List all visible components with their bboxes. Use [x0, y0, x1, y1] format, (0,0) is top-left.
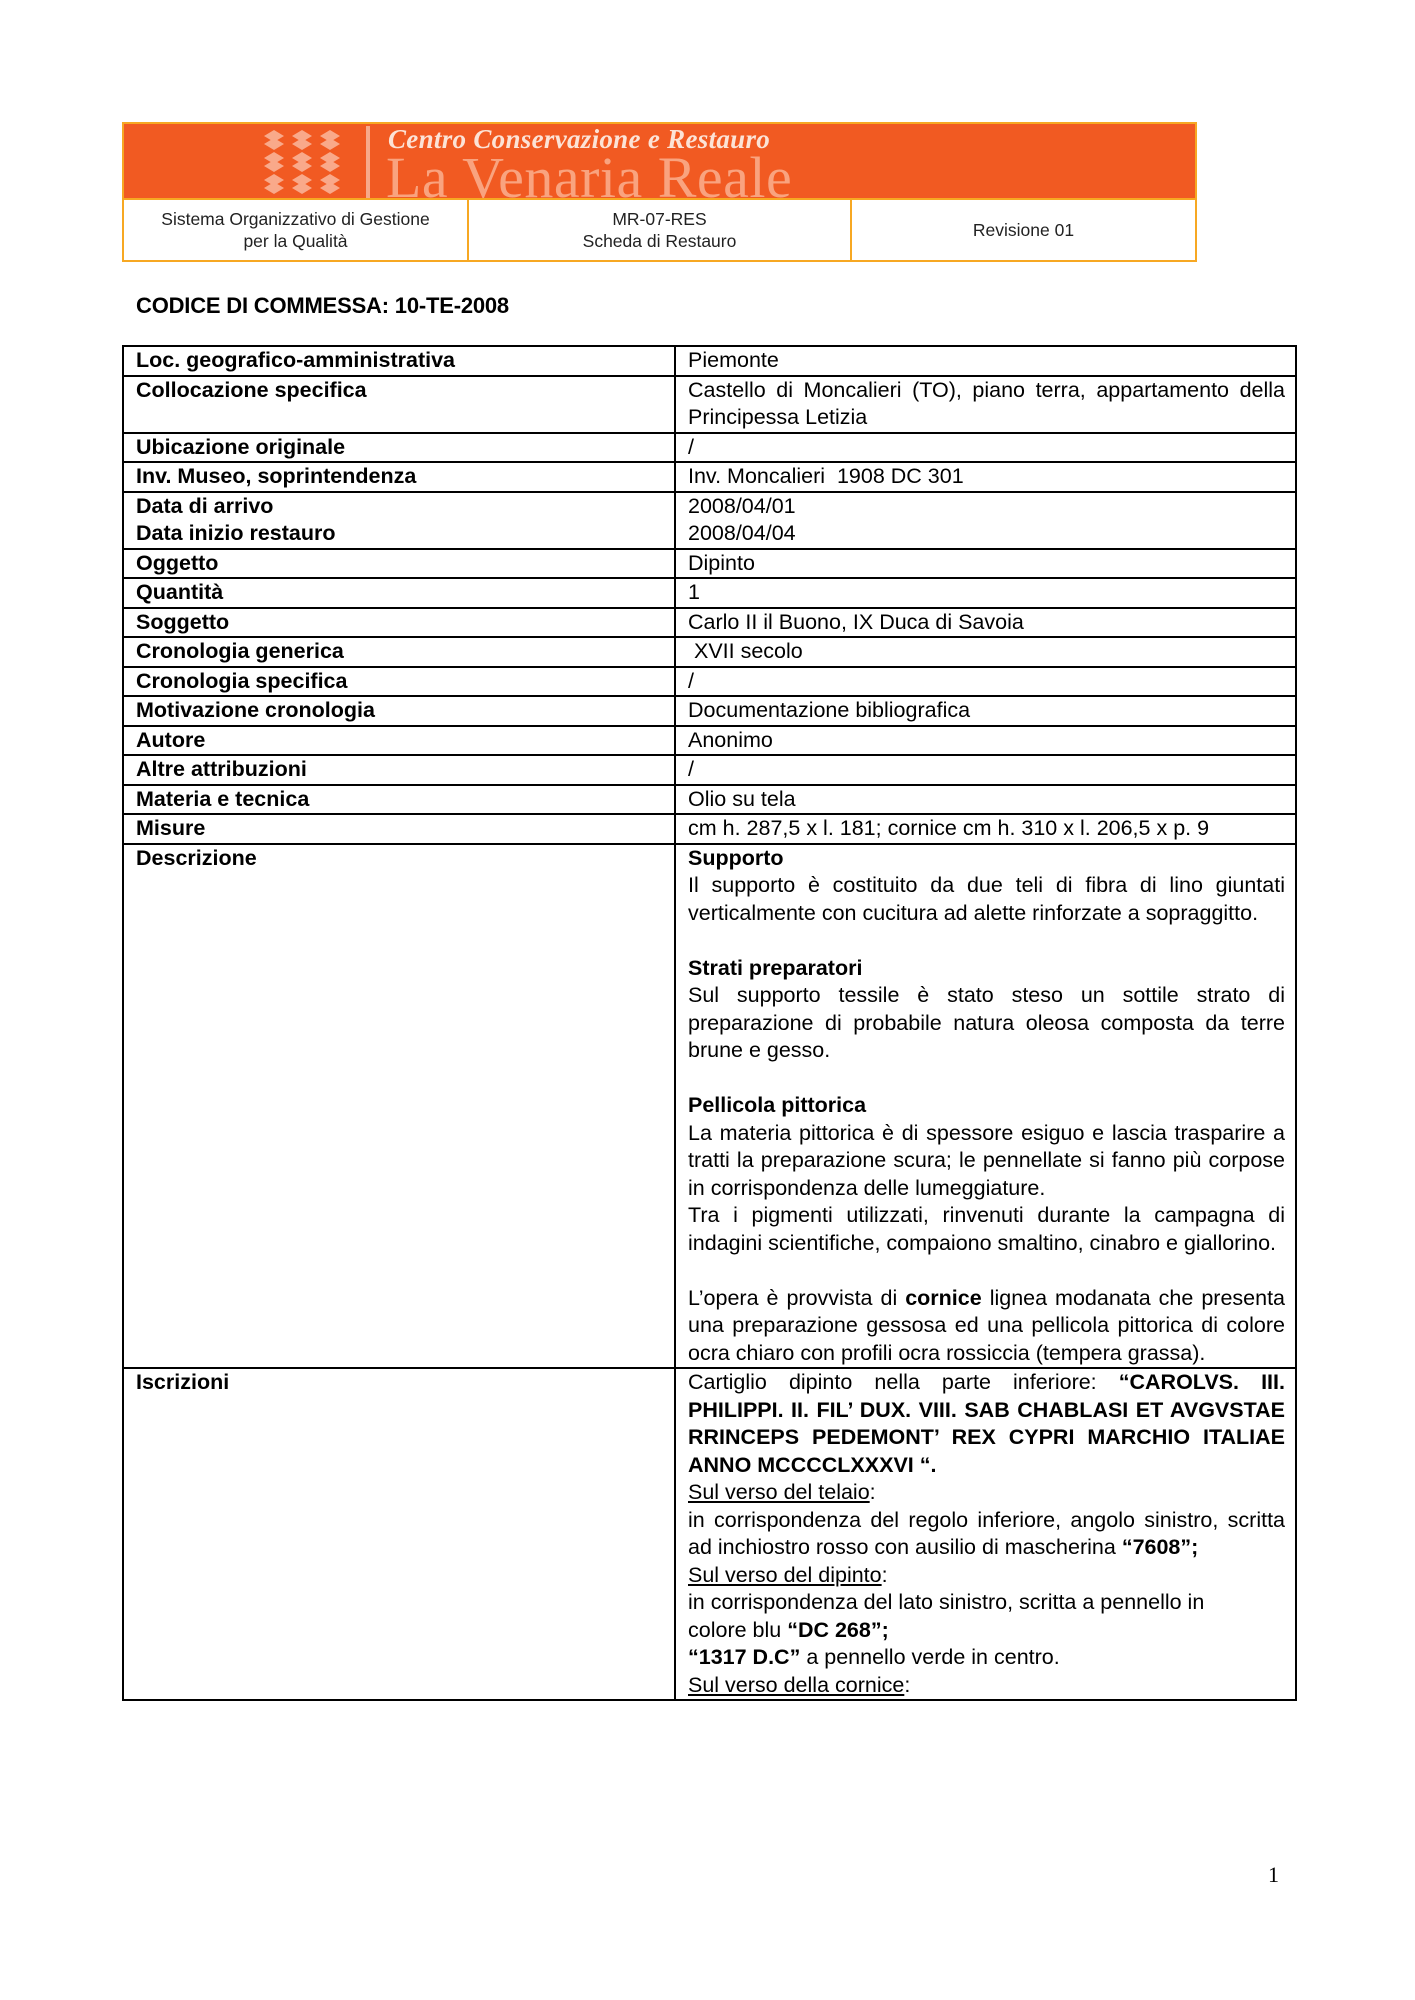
table-row: Soggetto Carlo II il Buono, IX Duca di S… [123, 608, 1296, 638]
paragraph-supporto: Il supporto è costituito da due teli di … [688, 872, 1285, 927]
field-label: Cronologia generica [123, 637, 675, 667]
table-row: Data di arrivo Data inizio restauro 2008… [123, 492, 1296, 549]
field-label: Collocazione specifica [123, 376, 675, 433]
field-value: XVII secolo [675, 637, 1296, 667]
field-value: Carlo II il Buono, IX Duca di Savoia [675, 608, 1296, 638]
table-row: Cronologia generica XVII secolo [123, 637, 1296, 667]
field-value-iscrizioni: Cartiglio dipinto nella parte inferiore:… [675, 1368, 1296, 1700]
header-quality-system: Sistema Organizzativo di Gestione per la… [124, 200, 469, 260]
field-value: Anonimo [675, 726, 1296, 756]
paragraph-pellicola-2: Tra i pigmenti utilizzati, rinvenuti dur… [688, 1202, 1285, 1257]
section-title-supporto: Supporto [688, 845, 1285, 873]
table-row: Altre attribuzioni / [123, 755, 1296, 785]
logo-separator [366, 126, 370, 198]
field-label: Misure [123, 814, 675, 844]
header-revision: Revisione 01 [852, 200, 1195, 260]
field-label: Descrizione [123, 844, 675, 1369]
field-value: Olio su tela [675, 785, 1296, 815]
commessa-code: CODICE DI COMMESSA: 10-TE-2008 [136, 293, 509, 319]
field-label: Inv. Museo, soprintendenza [123, 462, 675, 492]
field-label: Iscrizioni [123, 1368, 675, 1700]
table-row: Cronologia specifica / [123, 667, 1296, 697]
field-label: Quantità [123, 578, 675, 608]
field-value: Piemonte [675, 346, 1296, 376]
diamond-grid-logo-icon [260, 130, 344, 194]
field-value: Documentazione bibliografica [675, 696, 1296, 726]
paragraph-cartiglio: Cartiglio dipinto nella parte inferiore:… [688, 1369, 1285, 1479]
field-value: / [675, 433, 1296, 463]
restoration-record-table: Loc. geografico-amministrativa Piemonte … [122, 345, 1297, 1701]
subheading-telaio: Sul verso del telaio: [688, 1479, 1285, 1507]
field-label: Altre attribuzioni [123, 755, 675, 785]
table-row: Misure cm h. 287,5 x l. 181; cornice cm … [123, 814, 1296, 844]
field-value: / [675, 755, 1296, 785]
field-label: Oggetto [123, 549, 675, 579]
table-row: Loc. geografico-amministrativa Piemonte [123, 346, 1296, 376]
field-label: Soggetto [123, 608, 675, 638]
table-row: Collocazione specifica Castello di Monca… [123, 376, 1296, 433]
field-value: Inv. Moncalieri 1908 DC 301 [675, 462, 1296, 492]
paragraph-telaio: in corrispondenza del regolo inferiore, … [688, 1507, 1285, 1562]
table-row: Motivazione cronologia Documentazione bi… [123, 696, 1296, 726]
field-label: Data di arrivo Data inizio restauro [123, 492, 675, 549]
table-row: Ubicazione originale / [123, 433, 1296, 463]
subheading-dipinto: Sul verso del dipinto: [688, 1562, 1285, 1590]
table-row: Oggetto Dipinto [123, 549, 1296, 579]
field-label: Ubicazione originale [123, 433, 675, 463]
table-row: Autore Anonimo [123, 726, 1296, 756]
field-value: / [675, 667, 1296, 697]
field-label: Autore [123, 726, 675, 756]
page-number: 1 [1268, 1862, 1279, 1888]
field-label: Loc. geografico-amministrativa [123, 346, 675, 376]
table-row-iscrizioni: Iscrizioni Cartiglio dipinto nella parte… [123, 1368, 1296, 1700]
field-value: 2008/04/01 2008/04/04 [675, 492, 1296, 549]
field-label: Cronologia specifica [123, 667, 675, 697]
table-row: Quantità 1 [123, 578, 1296, 608]
header-info-row: Sistema Organizzativo di Gestione per la… [124, 200, 1195, 260]
field-label: Motivazione cronologia [123, 696, 675, 726]
section-title-strati: Strati preparatori [688, 955, 1285, 983]
field-value: cm h. 287,5 x l. 181; cornice cm h. 310 … [675, 814, 1296, 844]
logo-centro-conservazione: Centro Conservazione e Restauro [388, 124, 770, 155]
header-document-code: MR-07-RES Scheda di Restauro [469, 200, 852, 260]
paragraph-strati: Sul supporto tessile è stato steso un so… [688, 982, 1285, 1065]
table-row-descrizione: Descrizione Supporto Il supporto è costi… [123, 844, 1296, 1369]
paragraph-verde: “1317 D.C” a pennello verde in centro. [688, 1644, 1285, 1672]
subheading-cornice: Sul verso della cornice: [688, 1672, 1285, 1700]
paragraph-dipinto-2: colore blu “DC 268”; [688, 1617, 1285, 1645]
section-title-pellicola: Pellicola pittorica [688, 1092, 1285, 1120]
table-row: Materia e tecnica Olio su tela [123, 785, 1296, 815]
paragraph-dipinto-1: in corrispondenza del lato sinistro, scr… [688, 1589, 1285, 1617]
field-value: 1 [675, 578, 1296, 608]
paragraph-pellicola-1: La materia pittorica è di spessore esigu… [688, 1120, 1285, 1203]
document-header: La Venaria Reale Centro Conservazione e … [122, 122, 1197, 262]
field-value-descrizione: Supporto Il supporto è costituito da due… [675, 844, 1296, 1369]
table-row: Inv. Museo, soprintendenza Inv. Moncalie… [123, 462, 1296, 492]
field-value: Castello di Moncalieri (TO), piano terra… [675, 376, 1296, 433]
field-label: Materia e tecnica [123, 785, 675, 815]
header-brand-band: La Venaria Reale Centro Conservazione e … [124, 124, 1195, 200]
paragraph-cornice: L’opera è provvista di cornice lignea mo… [688, 1285, 1285, 1368]
field-value: Dipinto [675, 549, 1296, 579]
